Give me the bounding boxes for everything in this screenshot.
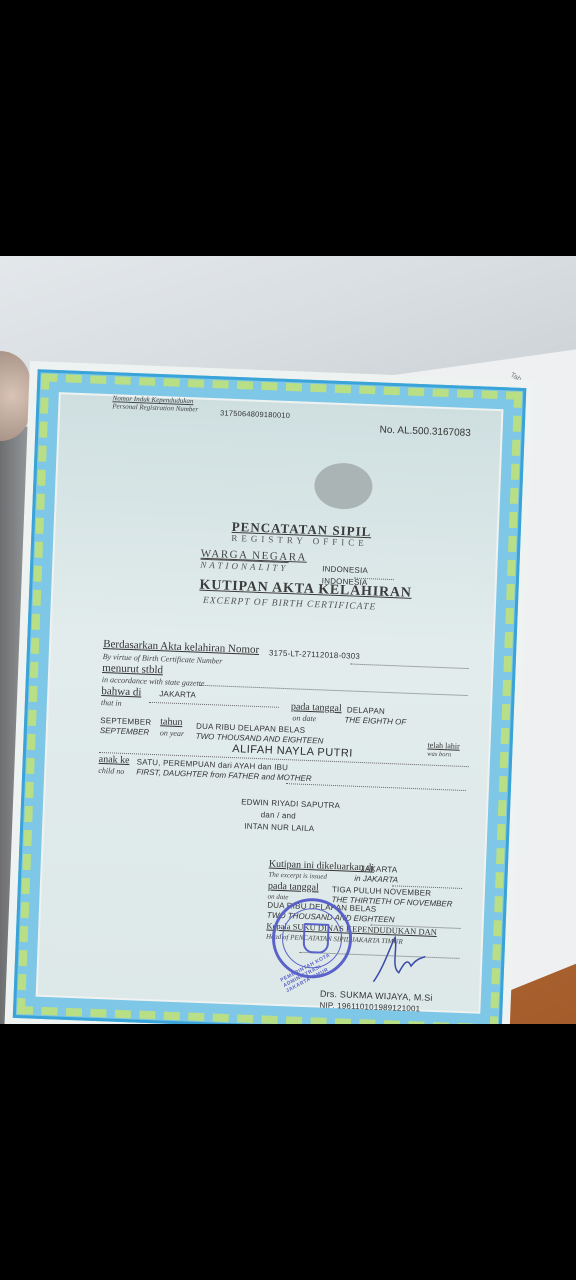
seal-mark: [314, 462, 374, 510]
place-label: bahwa di: [101, 685, 141, 699]
year-label-en: on year: [160, 728, 185, 738]
birth-certificate-number: 3175-LT-27112018-0303: [269, 648, 360, 660]
born-label-en: was born: [427, 751, 451, 759]
birth-place: JAKARTA: [159, 689, 196, 699]
certificate-number: No. AL.500.3167083: [379, 424, 471, 438]
father-name: EDWIN RIYADI SAPUTRA: [241, 797, 340, 810]
year-label: tahun: [160, 716, 183, 728]
birth-day: DELAPAN: [347, 705, 385, 715]
issued-place-en: in JAKARTA: [354, 874, 398, 885]
born-label: telah lahir: [427, 741, 460, 751]
birth-day-en: THE EIGHTH OF: [344, 715, 406, 726]
bottom-black-bar: [0, 1024, 576, 1280]
issued-label-en: The excerpt is issued: [268, 871, 327, 881]
date-label-en: on date: [292, 713, 316, 723]
photo-area: Induk Kependudukan ...le Identity Number…: [0, 256, 576, 1024]
nationality-value: INDONESIA: [322, 564, 368, 575]
and-label: dan / and: [261, 810, 296, 820]
place-label-en: that in: [101, 698, 122, 708]
issued-place: JAKARTA: [361, 864, 398, 874]
certificate-body: Nomor Induk Kependudukan Personal Regist…: [38, 394, 502, 1011]
birth-certificate: Nomor Induk Kependudukan Personal Regist…: [4, 361, 534, 1024]
birth-month-en: SEPTEMBER: [100, 726, 150, 737]
signature-icon: [368, 926, 430, 988]
date-label: pada tanggal: [291, 701, 342, 714]
registration-number: 3175064809180010: [220, 408, 290, 420]
jakarta-emblem-icon: [302, 923, 329, 954]
child-no-label: anak ke: [99, 754, 130, 766]
child-no-label-en: child no: [98, 766, 124, 776]
top-black-bar: [0, 0, 576, 256]
issued-date-label: pada tanggal: [268, 881, 319, 894]
nationality-label-en: NATIONALITY: [200, 560, 289, 573]
gazette-label: menurut stbld: [102, 662, 163, 676]
mother-name: INTAN NUR LAILA: [244, 822, 314, 834]
